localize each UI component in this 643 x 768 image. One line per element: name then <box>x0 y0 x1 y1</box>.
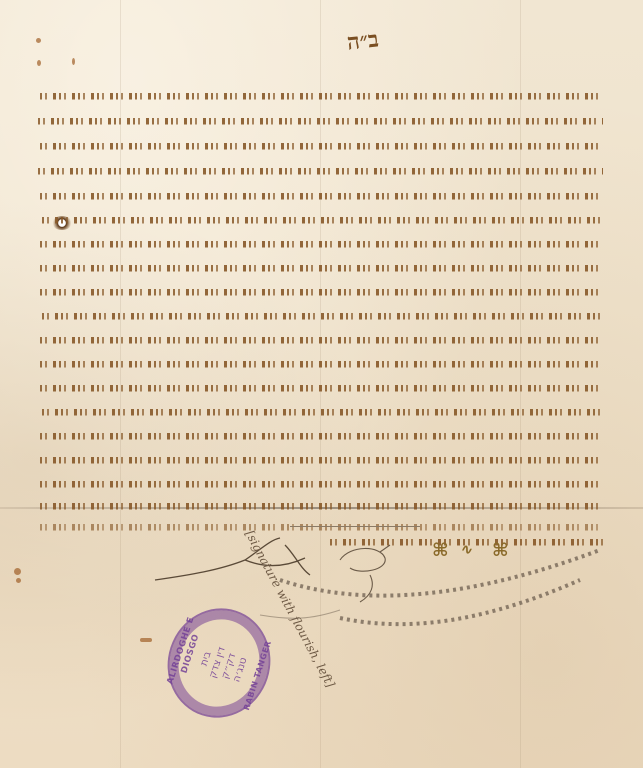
body-line <box>40 356 603 370</box>
body-line <box>42 212 603 226</box>
body-line <box>42 404 603 418</box>
body-line <box>40 284 603 298</box>
ink-stain <box>72 58 75 65</box>
body-line <box>40 188 603 202</box>
ink-stain <box>16 578 21 583</box>
attestation-lines <box>250 540 610 650</box>
body-line <box>40 380 603 394</box>
manuscript-page: ב״ה [signature with flourish, left] ⌘ ∿ … <box>0 0 643 768</box>
body-line <box>40 428 603 442</box>
body-line <box>42 308 603 322</box>
signature-center <box>290 526 420 527</box>
body-line <box>40 476 603 490</box>
ink-stain <box>140 638 152 642</box>
body-line <box>38 163 603 177</box>
body-line <box>40 138 603 152</box>
ink-stain <box>14 568 21 575</box>
body-line <box>40 332 603 346</box>
ink-stain <box>36 38 41 43</box>
body-line <box>40 498 603 512</box>
ink-stain <box>37 60 41 66</box>
body-line <box>40 88 603 102</box>
header-mark-bh: ב״ה <box>346 26 380 55</box>
body-line <box>38 113 603 127</box>
body-line <box>40 452 603 466</box>
body-line <box>40 260 603 274</box>
body-line <box>40 236 603 250</box>
